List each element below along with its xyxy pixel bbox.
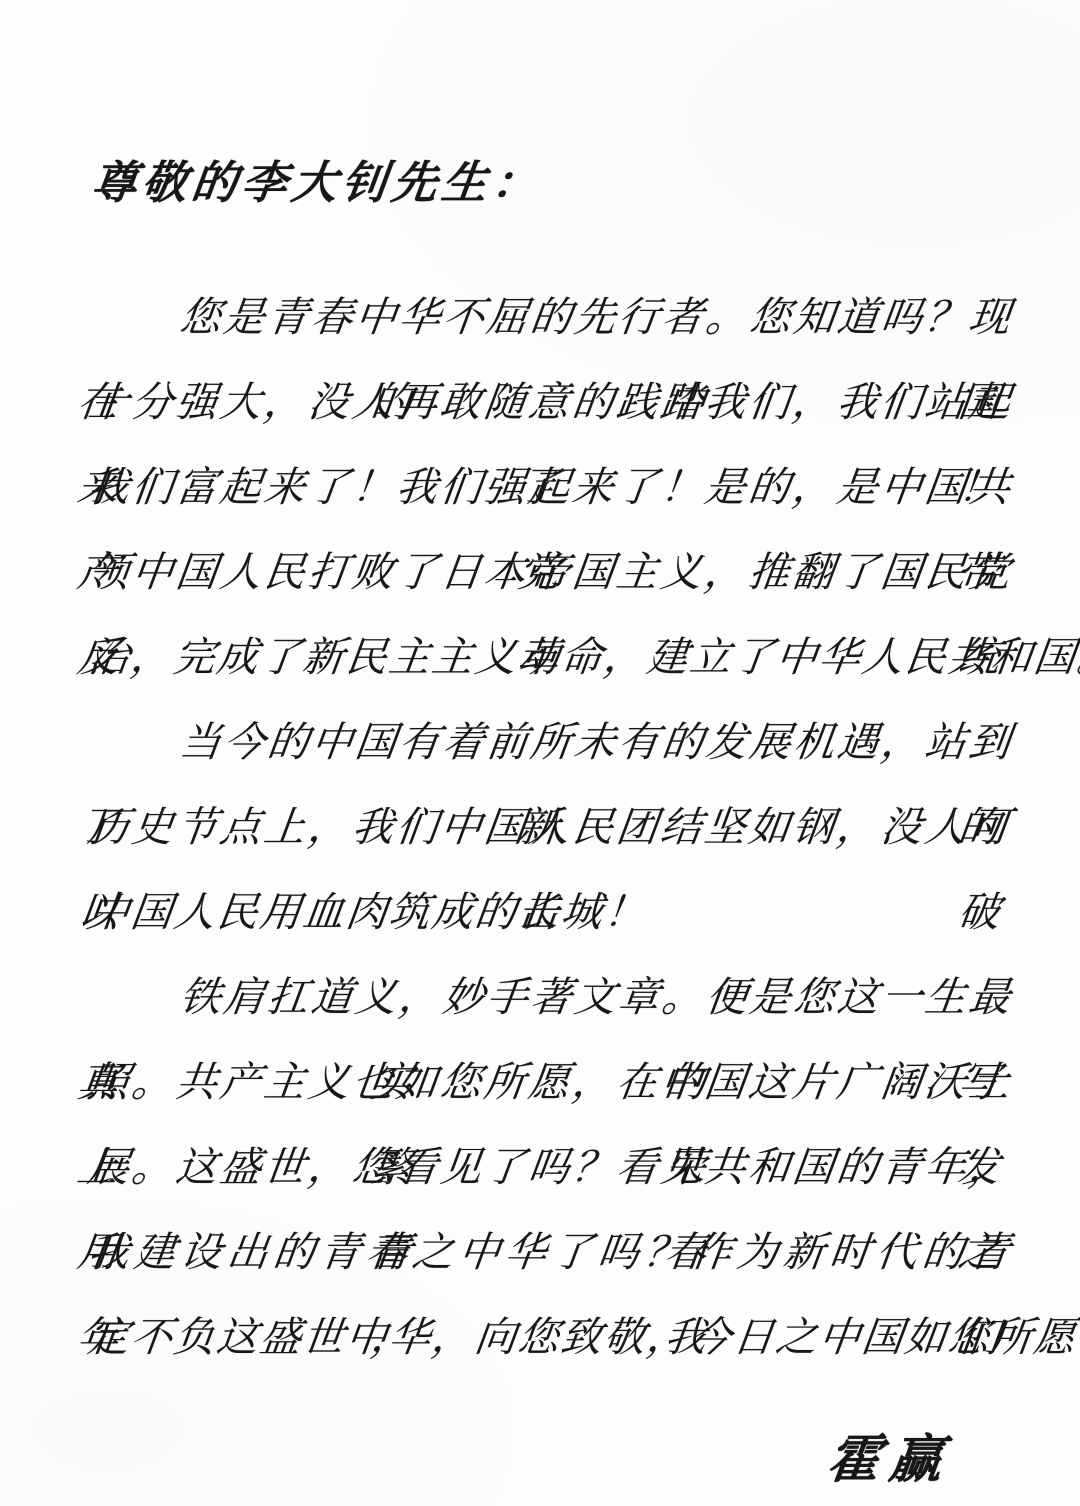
letter-line: 历史节点上，我们中国人民团结坚如钢，没人可以击破	[83, 785, 1017, 870]
paragraph-2: 当今的中国有着前所未有的发展机遇，站到了新的 历史节点上，我们中国人民团结坚如钢…	[88, 700, 1012, 955]
letter-line: 定不负这盛世中华，向您致敬，今日之中国如您所愿！	[83, 1295, 1017, 1380]
signature: 霍赢	[0, 1418, 957, 1503]
letter-line: 领中国人民打败了日本帝国主义，推翻了国民党反动统	[83, 530, 1017, 615]
letter-line: 我建设出的青春之中华了吗？作为新时代的青年，我们	[83, 1210, 1017, 1295]
paragraph-1: 您是青春中华不屈的先行者。您知道吗？现在的中国 十分强大，没人再敢随意的践踏我们…	[88, 275, 1012, 700]
letter-line: 照。共产主义也如您所愿，在中国这片广阔沃土上繁荣发	[83, 1040, 1017, 1125]
paragraph-3: 铁肩扛道义，妙手著文章。便是您这一生最真实的写 照。共产主义也如您所愿，在中国这…	[88, 955, 1012, 1380]
letter-line: 您是青春中华不屈的先行者。您知道吗？现在的中国	[83, 275, 1017, 360]
salutation-line: 尊敬的李大钊先生：	[87, 140, 1017, 225]
letter-line: 铁肩扛道义，妙手著文章。便是您这一生最真实的写	[83, 955, 1017, 1040]
letter-line: 展。这盛世，您看见了吗？看见共和国的青年，用青春之	[83, 1125, 1017, 1210]
letter-line: 我们富起来了！我们强起来了！是的，是中国共产党带	[83, 445, 1017, 530]
letter-line: 治，完成了新民主主义革命，建立了中华人民共和国。	[83, 615, 1017, 700]
letter-line: 中国人民用血肉筑成的长城！	[83, 870, 1017, 955]
letter-body: 您是青春中华不屈的先行者。您知道吗？现在的中国 十分强大，没人再敢随意的践踏我们…	[88, 275, 1012, 1380]
letter-page: 尊敬的李大钊先生： 您是青春中华不屈的先行者。您知道吗？现在的中国 十分强大，没…	[0, 0, 1080, 1506]
letter-content: 尊敬的李大钊先生： 您是青春中华不屈的先行者。您知道吗？现在的中国 十分强大，没…	[0, 140, 1080, 1503]
letter-line: 当今的中国有着前所未有的发展机遇，站到了新的	[83, 700, 1017, 785]
letter-line: 十分强大，没人再敢随意的践踏我们，我们站起来了！	[83, 360, 1017, 445]
